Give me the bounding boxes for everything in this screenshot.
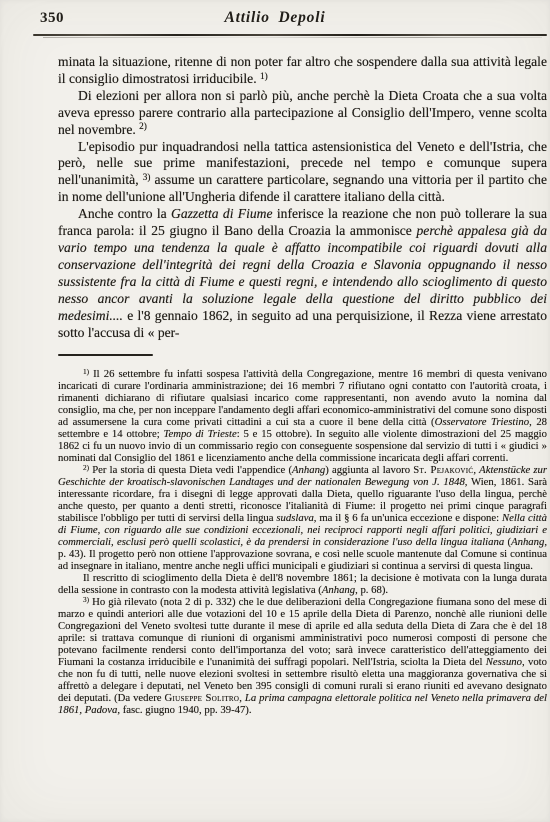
text-segment: Per la storia di questa Dieta vedi l'app… — [89, 464, 292, 476]
footnote-marker: 2) — [139, 121, 147, 131]
header-rule — [33, 34, 547, 36]
text-segment: , ma il § 6 fa un'unica eccezione e disp… — [314, 512, 502, 524]
text-segment: Ho già rilevato (nota 2 di p. 332) che l… — [58, 596, 547, 668]
body-paragraph: minata la situazione, ritenne di non pot… — [58, 54, 547, 88]
text-segment: Di elezioni per allora non si parlò più,… — [58, 88, 547, 137]
footnote-separator — [58, 354, 153, 356]
body-paragraph: Anche contro la Gazzetta di Fiume inferi… — [58, 206, 547, 341]
text-segment: Il rescritto di scioglimento della Dieta… — [58, 572, 547, 596]
book-page: 350 Attilio Depoli minata la situazione,… — [0, 0, 550, 822]
footnote-paragraph: 2) Per la storia di questa Dieta vedi l'… — [58, 464, 547, 572]
body-text: minata la situazione, ritenne di non pot… — [58, 54, 547, 341]
text-segment: Tempo di Trieste — [164, 428, 237, 440]
footnote-paragraph: Il rescritto di scioglimento della Dieta… — [58, 572, 547, 596]
footnote-marker: 1) — [83, 368, 89, 376]
footnote-marker: 3) — [83, 596, 89, 604]
text-segment: , fasc. giugno 1940, pp. 39-47). — [117, 704, 251, 716]
footnote-paragraph: 3) Ho già rilevato (nota 2 di p. 332) ch… — [58, 596, 547, 716]
text-segment: , p. 68). — [355, 584, 388, 596]
body-paragraph: Di elezioni per allora non si parlò più,… — [58, 88, 547, 139]
text-segment: minata la situazione, ritenne di non pot… — [58, 54, 547, 86]
text-segment: ) aggiunta al lavoro — [325, 464, 413, 476]
text-segment: Osservatore Triestino — [435, 416, 529, 428]
text-segment: Anhang — [322, 584, 355, 596]
text-segment: e l'8 gennaio 1862, in seguito ad una pe… — [58, 308, 547, 340]
text-segment: Anche contro la — [78, 206, 171, 221]
text-segment: Anhang — [511, 536, 544, 548]
footnote-paragraph: 1) Il 26 settembre fu infatti sospesa l'… — [58, 368, 547, 464]
text-segment: sudslava — [276, 512, 313, 524]
footnote-marker: 3) — [143, 172, 151, 182]
text-segment: Giuseppe Solitro — [165, 692, 240, 704]
text-segment: Gazzetta di Fiume — [171, 206, 273, 221]
text-segment: St. Pejaković — [413, 464, 473, 476]
footnote-marker: 2) — [83, 464, 89, 472]
text-segment: Nessuno — [486, 656, 522, 668]
body-paragraph: L'episodio pur inquadrandosi nella tatti… — [58, 139, 547, 207]
footnote-marker: 1) — [260, 71, 268, 81]
text-segment: Anhang — [292, 464, 325, 476]
running-title: Attilio Depoli — [0, 9, 550, 27]
footnotes-section: 1) Il 26 settembre fu infatti sospesa l'… — [58, 368, 547, 716]
